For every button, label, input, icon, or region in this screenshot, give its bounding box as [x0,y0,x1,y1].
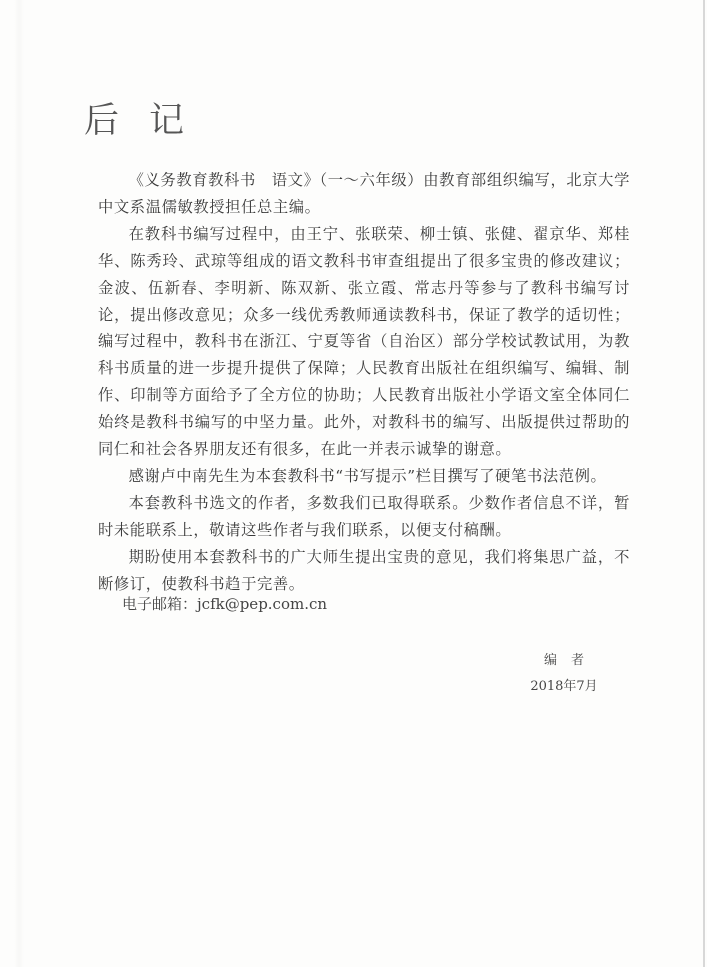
scan-page-edge-right [703,0,705,967]
contact-email: 电子邮箱：jcfk@pep.com.cn [122,593,327,614]
signature-editors: 编者 [524,648,604,674]
email-address: jcfk@pep.com.cn [197,595,327,613]
signature-block: 编者 2018年7月 [524,648,604,700]
page-title: 后记 [84,93,214,143]
scan-page-edge-left [14,0,24,967]
paragraph-editor-in-chief: 《义务教育教科书 语文》（一～六年级）由教育部组织编写，北京大学中文系温儒敏教授… [98,167,630,221]
signature-date: 2018年7月 [524,674,604,700]
paragraph-acknowledgements: 在教科书编写过程中，由王宁、张联荣、柳士镇、张健、翟京华、郑桂华、陈秀玲、武琼等… [98,221,630,463]
paragraph-calligraphy-thanks: 感谢卢中南先生为本套教科书“书写提示”栏目撰写了硬笔书法范例。 [98,463,630,490]
afterword-body: 《义务教育教科书 语文》（一～六年级）由教育部组织编写，北京大学中文系温儒敏教授… [98,167,630,598]
paragraph-feedback-request: 期盼使用本套教科书的广大师生提出宝贵的意见，我们将集思广益，不断修订，使教科书趋… [98,544,630,598]
paragraph-authors-contact: 本套教科书选文的作者，多数我们已取得联系。少数作者信息不详，暂时未能联系上，敬请… [98,490,630,544]
email-label: 电子邮箱： [122,595,197,613]
